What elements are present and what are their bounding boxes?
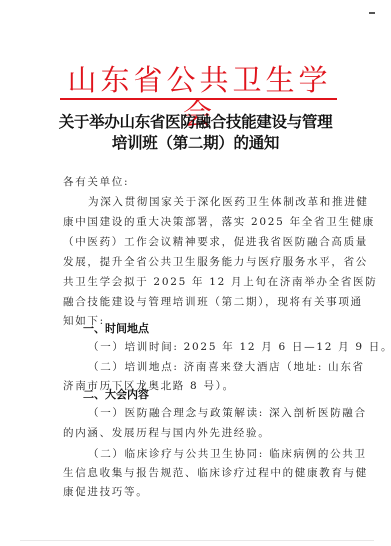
- section-line: （二）临床诊疗与公共卫生协同: 临床病例的公共卫: [88, 446, 367, 461]
- salutation: 各有关单位:: [63, 174, 129, 189]
- section-heading: 一、时间地点: [83, 320, 149, 336]
- section-line: 康促进技巧等。: [63, 484, 148, 499]
- letterhead-red-rule: [60, 98, 337, 100]
- document-title-line-1: 关于举办山东省医防融合技能建设与管理: [40, 112, 351, 132]
- section-heading: 二、大会内容: [83, 386, 149, 402]
- intro-line: 康中国建设的重大决策部署，落实 2025 年全省卫生健康: [63, 214, 375, 229]
- document-page: 山东省公共卫生学会 关于举办山东省医防融合技能建设与管理 培训班（第二期）的通知…: [0, 0, 391, 546]
- section-line: （二）培训地点: 济南喜来登大酒店（地址: 山东省: [88, 359, 365, 374]
- section-line: （一）培训时间: 2025 年 12 月 6 日—12 月 9 日。: [88, 339, 391, 354]
- intro-line: 融合技能建设与管理培训班（第二期），现将有关事项通: [63, 294, 363, 309]
- page-bottom-edge: [20, 540, 374, 541]
- intro-line: 共卫生学会拟于 2025 年 12 月上旬在济南举办全省医防: [63, 274, 377, 289]
- section-line: 的内涵、发展历程与国内外先进经验。: [63, 425, 270, 440]
- intro-line: 为深入贯彻国家关于深化医药卫生体制改革和推进健: [88, 194, 369, 209]
- section-line: 生信息收集与报告规范、临床诊疗过程中的健康教育与健: [63, 465, 368, 480]
- document-title-line-2: 培训班（第二期）的通知: [40, 133, 351, 153]
- section-line: （一）医防融合理念与政策解读: 深入剖析医防融合: [88, 405, 367, 420]
- intro-line: （中医药）工作会议精神要求，促进我省医防融合高质量: [63, 234, 368, 249]
- scan-mark: [369, 12, 375, 14]
- intro-line: 发展，提升全省公共卫生服务能力与医疗服务水平，省公: [63, 254, 368, 269]
